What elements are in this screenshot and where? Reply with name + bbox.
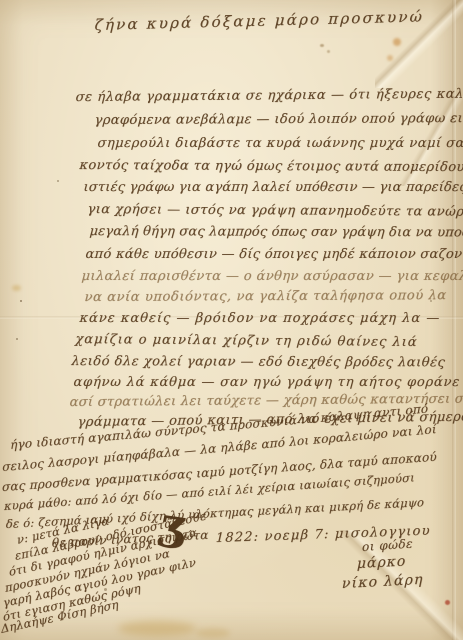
manuscript-line: σημερούλι διαβάστε τα κυρά ιωάννης μυχά … (97, 136, 463, 151)
manuscript-line: γραφόμενα ανεβάλαμε — ιδού λοιπόν οπού γ… (94, 111, 463, 128)
manuscript-line: κοντός ταίχοδα τα ηγώ όμως έτοιμος αυτά … (79, 158, 463, 175)
manuscript-line: από κάθε υπόθεσιν — δίς όποιγες μηδέ κάπ… (85, 247, 463, 262)
manuscript-line: χαμίζια ο μαινίλαι χίρζιν τη ριδώ θαίνες… (75, 332, 418, 350)
manuscript-line: να ανία υποδιόντας, να γαλίζα ταλήφησα ο… (84, 288, 447, 305)
manuscript-line: κάνε καθείς — βρόιδον να ποχράσες μάχη λ… (79, 311, 441, 326)
manuscript-line: λειδό δλε χολεί γαριαν — εδό διεχθές βρό… (71, 354, 446, 370)
signature-line: οι φώδε (362, 536, 413, 554)
letter-paper: ζήνα κυρά δόξαμε μάρο προσκυνώσε ήλαβα γ… (0, 0, 463, 640)
letter-heading: ζήνα κυρά δόξαμε μάρο προσκυνώ (94, 7, 424, 34)
signature-line: μάρκο (357, 553, 407, 572)
manuscript-line: σε ήλαβα γραμματάκια σε ηχάρικα — ότι ήξ… (75, 87, 463, 105)
manuscript-line: ιστιές γράφω για αγάπη λαλεί υπόθεσιν — … (83, 180, 463, 195)
signature-line: νίκο λάρη (342, 572, 424, 592)
manuscript-line: μιλαλεί παρισθέντα — ο άνθην ασύρασαν — … (81, 269, 463, 284)
handwriting-layer: ζήνα κυρά δόξαμε μάρο προσκυνώσε ήλαβα γ… (0, 0, 463, 640)
manuscript-line: μεγαλή θήγη σας λαμπρός όπως σαν γράψη δ… (89, 224, 463, 240)
manuscript-line: για χρήσει — ιστός να γράψη απανημοδεύτε… (87, 202, 463, 220)
manuscript-line: αφήνω λά κάθμα — σαν ηγώ γράψη τη αήτος … (73, 375, 461, 390)
